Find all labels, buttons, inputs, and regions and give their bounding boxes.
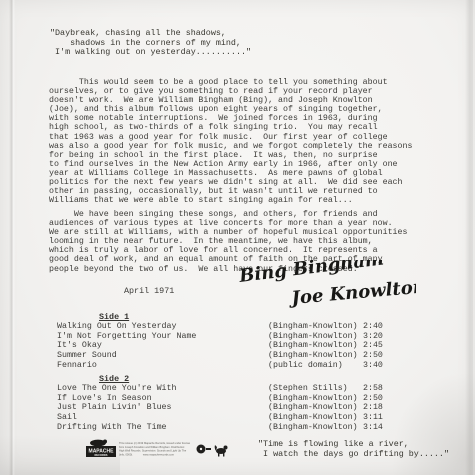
top-quote: "Daybreak, chasing all the shadows, shad… (50, 29, 251, 58)
track-row: I'm Not Forgetting Your Name (Bingham-Kn… (57, 332, 397, 342)
paragraph-line: for being in school in the first place. … (49, 151, 412, 160)
quote-line: I watch the days go drifting by....." (258, 450, 449, 460)
paragraph-line: looming in the near future. In the meant… (49, 237, 407, 246)
paragraph-line: This would seem to be a good place to te… (49, 78, 412, 87)
animal-silhouette-icon (215, 445, 228, 457)
track-time: 2:50 (363, 351, 383, 360)
track-credit: (Bingham-Knowlton) (268, 413, 358, 422)
track-time: 2:58 (363, 384, 383, 393)
track-row: Drifting With The Time (Bingham-Knowlton… (57, 423, 397, 433)
track-credit: (Bingham-Knowlton) (268, 351, 358, 360)
track-title: It's Okay (57, 341, 102, 350)
paragraph-line: We have been singing these songs, and ot… (49, 210, 407, 219)
track-row: Just Plain Livin' Blues (Bingham-Knowlto… (57, 403, 397, 413)
bottom-quote: "Time is flowing like a river, I watch t… (258, 440, 449, 459)
track-credit: (Bingham-Knowlton) (268, 341, 358, 350)
fine-print: This reissue (c) 2019 Mapache Records, i… (119, 442, 194, 462)
quote-line: I'm walking out on yesterday.........." (50, 48, 251, 58)
track-title: If Love's In Season (57, 394, 152, 403)
track-row: Fennario (public domain) 3:40 (57, 361, 397, 371)
signature-svg: Bing Bingham Joe Knowlton (236, 260, 416, 314)
track-time: 2:45 (363, 341, 383, 350)
track-credit: (Bingham-Knowlton) (268, 394, 358, 403)
paragraph-line: was also a good year for folk music, and… (49, 142, 412, 151)
date-label: April 1971 (124, 286, 174, 296)
track-title: Sail (57, 413, 77, 422)
track-row: Love The One You're With (Stephen Stills… (57, 384, 397, 394)
paragraph-line: year at Williams College in Massachusett… (49, 169, 412, 178)
side2-header: Side 2 (99, 374, 129, 384)
track-time: 3:20 (363, 332, 383, 341)
track-time: 3:14 (363, 423, 383, 432)
fine-print-line: (info, 0000). www.mapacherecords.com (119, 453, 194, 457)
track-title: Drifting With The Time (57, 423, 167, 432)
side1-tracklist: Walking Out On Yesterday (Bingham-Knowlt… (57, 322, 397, 370)
logo-subtext: RECORDS (95, 453, 108, 457)
paragraph-line: doesn't work. We are William Bingham (Bi… (49, 96, 412, 105)
track-time: 3:40 (363, 361, 383, 370)
partner-logos (195, 442, 229, 458)
label-icons (195, 442, 229, 463)
track-time: 2:18 (363, 403, 383, 412)
track-time: 2:50 (363, 394, 383, 403)
signatures: Bing Bingham Joe Knowlton (236, 260, 416, 319)
paragraph-line: that 1963 was a good year for folk music… (49, 133, 412, 142)
track-title: I'm Not Forgetting Your Name (57, 332, 196, 341)
signature-joe-knowlton: Joe Knowlton (288, 276, 416, 309)
track-credit: (Bingham-Knowlton) (268, 322, 358, 331)
track-credit: (Stephen Stills) (268, 384, 348, 393)
paragraph-line: Williams that we were able to start sing… (49, 196, 412, 205)
track-row: It's Okay (Bingham-Knowlton) 2:45 (57, 341, 397, 351)
track-time: 3:11 (363, 413, 383, 422)
track-row: Sail (Bingham-Knowlton) 3:11 (57, 413, 397, 423)
track-title: Fennario (57, 361, 97, 370)
liner-notes-paragraph-1: This would seem to be a good place to te… (49, 78, 412, 205)
album-back-cover: "Daybreak, chasing all the shadows, shad… (0, 0, 475, 475)
paragraph-line: ourselves, or to give you something to r… (49, 87, 412, 96)
paragraph-line: to find ourselves in the New Action Army… (49, 160, 412, 169)
paragraph-line: audiences of various types at live conce… (49, 219, 407, 228)
track-credit: (Bingham-Knowlton) (268, 423, 358, 432)
vinyl-record-icon (197, 445, 212, 454)
side1-header: Side 1 (99, 312, 129, 322)
mapache-records-logo-icon: MAPACHE RECORDS (85, 438, 117, 462)
paragraph-line: high school, as two-thirds of a folk sin… (49, 123, 412, 132)
paragraph-line: (Joe), and this album follows upon eight… (49, 105, 412, 114)
paragraph-line: other in passing, occasionally, but it w… (49, 187, 412, 196)
track-row: Summer Sound (Bingham-Knowlton) 2:50 (57, 351, 397, 361)
spine-crease (9, 0, 15, 475)
paragraph-line: politics for the next few years we didn'… (49, 178, 412, 187)
track-row: If Love's In Season (Bingham-Knowlton) 2… (57, 394, 397, 404)
track-title: Just Plain Livin' Blues (57, 403, 172, 412)
track-time: 2:40 (363, 322, 383, 331)
label-logo: MAPACHE RECORDS (85, 438, 117, 467)
track-credit: (Bingham-Knowlton) (268, 332, 358, 341)
track-credit: (public domain) (268, 361, 343, 370)
track-title: Summer Sound (57, 351, 117, 360)
track-title: Love The One You're With (57, 384, 177, 393)
track-title: Walking Out On Yesterday (57, 322, 177, 331)
track-row: Walking Out On Yesterday (Bingham-Knowlt… (57, 322, 397, 332)
track-credit: (Bingham-Knowlton) (268, 403, 358, 412)
paragraph-line: We are still at Williams, with a number … (49, 228, 407, 237)
side2-tracklist: Love The One You're With (Stephen Stills… (57, 384, 397, 432)
